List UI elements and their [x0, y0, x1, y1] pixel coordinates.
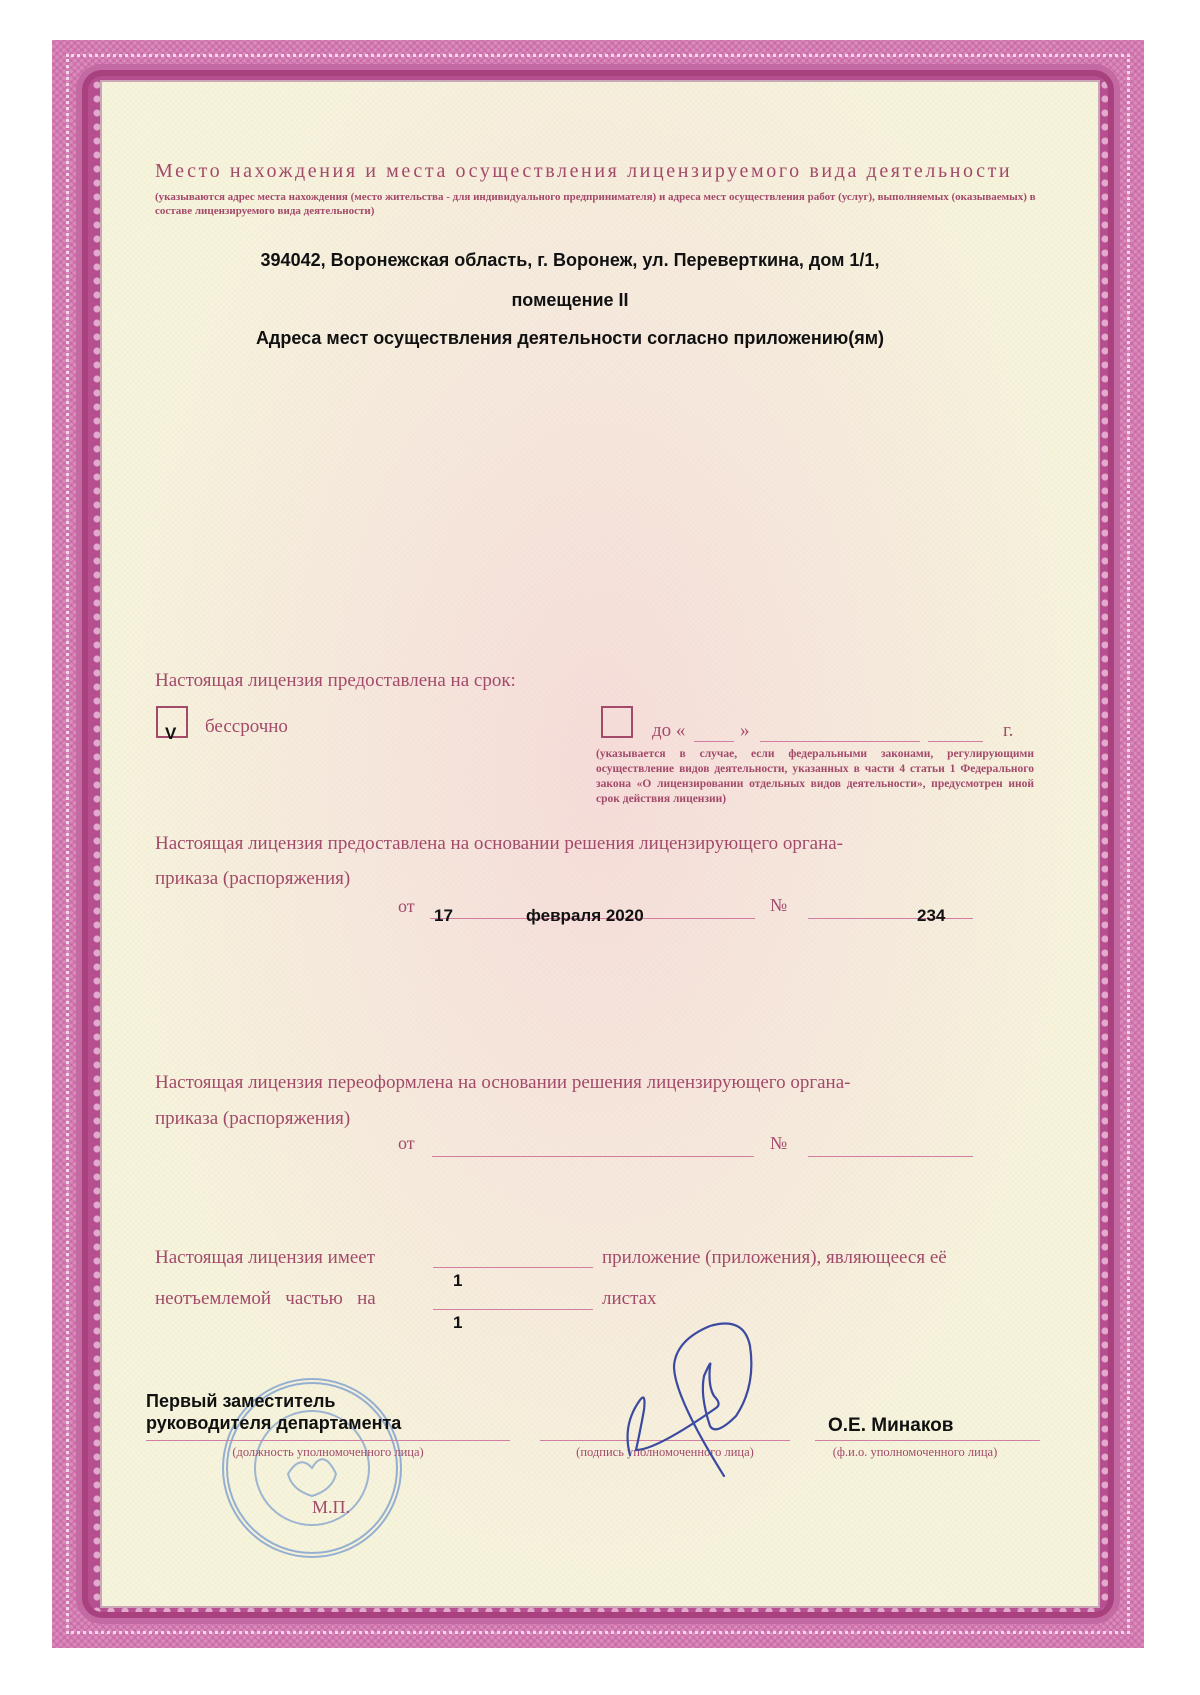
until-month-blank[interactable] [760, 741, 920, 742]
address-line-3: Адреса мест осуществления деятельности с… [140, 328, 1000, 349]
until-year-blank[interactable] [928, 741, 983, 742]
sheet-count: 1 [453, 1313, 462, 1333]
label-until-prefix: до « [652, 720, 685, 742]
appendix-count-line [433, 1267, 593, 1268]
appendix-line-2-prefix: неотъемлемой частью на [155, 1288, 376, 1310]
label-until-suffix: г. [1003, 720, 1013, 742]
basis-number-line [808, 918, 973, 919]
position-caption: (должность уполномоченного лица) [146, 1445, 510, 1460]
basis-number-label: № [770, 895, 787, 916]
basis-day: 17 [434, 906, 453, 926]
sheet-count-line [433, 1309, 593, 1310]
reissue-line-2: приказа (распоряжения) [155, 1108, 350, 1130]
appendix-line-2-suffix: листах [602, 1288, 657, 1310]
appendix-count: 1 [453, 1271, 462, 1291]
signer-position-line-2: руководителя департамента [146, 1412, 401, 1434]
basis-line-1: Настоящая лицензия предоставлена на осно… [155, 833, 843, 855]
basis-line-2: приказа (распоряжения) [155, 868, 350, 890]
reissue-date-blank[interactable] [432, 1156, 754, 1157]
reissue-from-label: от [398, 1133, 415, 1154]
reissue-number-blank[interactable] [808, 1156, 973, 1157]
reissue-line-1: Настоящая лицензия переоформлена на осно… [155, 1072, 850, 1094]
name-caption: (ф.и.о. уполномоченного лица) [815, 1445, 1015, 1460]
label-until-mid: » [740, 720, 750, 742]
appendix-line-1-prefix: Настоящая лицензия имеет [155, 1247, 375, 1269]
basis-month-year: февраля 2020 [526, 906, 644, 926]
until-day-blank[interactable] [694, 741, 734, 742]
label-indefinite: бессрочно [205, 716, 288, 738]
check-mark: V [165, 724, 176, 744]
basis-number: 234 [917, 906, 945, 926]
signer-position-line-1: Первый заместитель [146, 1390, 335, 1412]
appendix-line-1-suffix: приложение (приложения), являющееся её [602, 1247, 947, 1269]
term-heading: Настоящая лицензия предоставлена на срок… [155, 670, 516, 692]
section-title: Место нахождения и места осуществления л… [155, 160, 1012, 183]
seal-label: М.П. [312, 1497, 350, 1518]
reissue-number-label: № [770, 1133, 787, 1154]
signer-name: О.Е. Минаков [828, 1415, 953, 1437]
handwritten-signature-icon [600, 1310, 780, 1500]
until-note: (указывается в случае, если федеральными… [596, 747, 1034, 807]
address-line-1: 394042, Воронежская область, г. Воронеж,… [140, 250, 1000, 271]
position-line [146, 1440, 510, 1441]
address-line-2: помещение II [140, 290, 1000, 311]
name-line [815, 1440, 1040, 1441]
basis-from-label: от [398, 896, 415, 917]
checkbox-until-date[interactable] [601, 706, 633, 738]
section-note: (указываются адрес места нахождения (мес… [155, 190, 1055, 218]
